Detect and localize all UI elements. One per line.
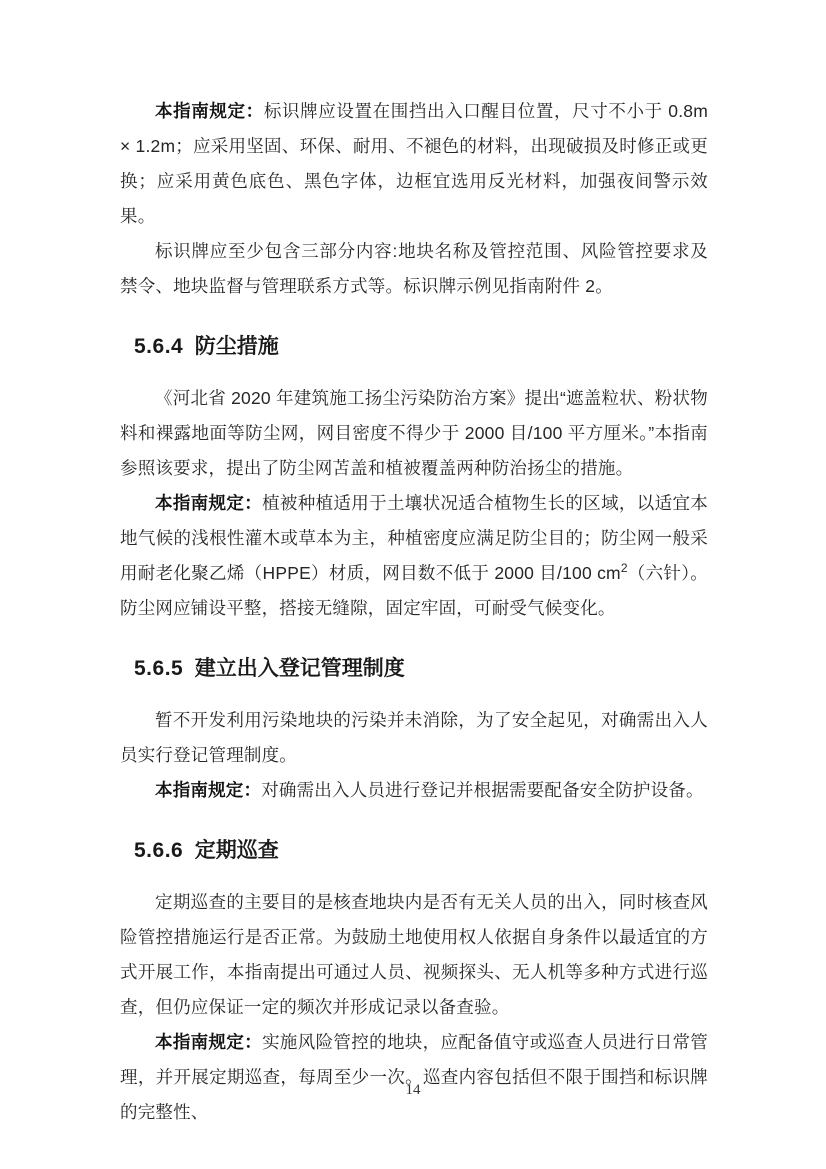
paragraph: 暂不开发利用污染地块的污染并未消除，为了安全起见，对确需出入人员实行登记管理制度…: [120, 703, 708, 773]
bold-run: 本指南规定：: [155, 780, 261, 800]
paragraph: 《河北省 2020 年建筑施工扬尘污染防治方案》提出“遮盖粒状、粉状物料和裸露地…: [120, 381, 708, 486]
section-heading-565: 5.6.5建立出入登记管理制度: [120, 651, 708, 687]
paragraph: 标识牌应至少包含三部分内容:地块名称及管控范围、风险管控要求及禁令、地块监督与管…: [120, 234, 708, 304]
page-number: 14: [0, 1082, 826, 1099]
section-heading-566: 5.6.6定期巡查: [120, 833, 708, 869]
heading-number: 5.6.5: [134, 657, 183, 680]
paragraph: 定期巡查的主要目的是核查地块内是否有无关人员的出入，同时核查风险管控措施运行是否…: [120, 885, 708, 1025]
text-run: 定期巡查的主要目的是核查地块内是否有无关人员的出入，同时核查风险管控措施运行是否…: [120, 892, 708, 1017]
text-run: 对确需出入人员进行登记并根据需要配备安全防护设备。: [261, 780, 704, 800]
bold-run: 本指南规定：: [155, 1032, 262, 1052]
heading-number: 5.6.4: [134, 335, 183, 358]
text-run: 《河北省 2020 年建筑施工扬尘污染防治方案》提出“遮盖粒状、粉状物料和裸露地…: [120, 388, 708, 478]
bold-run: 本指南规定：: [155, 101, 264, 121]
superscript-run: 2: [621, 561, 628, 575]
document-page: 本指南规定：标识牌应设置在围挡出入口醒目位置，尺寸不小于 0.8m × 1.2m…: [0, 0, 826, 1169]
text-run: 标识牌应至少包含三部分内容:地块名称及管控范围、风险管控要求及禁令、地块监督与管…: [120, 241, 708, 296]
paragraph: 本指南规定：对确需出入人员进行登记并根据需要配备安全防护设备。: [120, 773, 708, 808]
heading-title: 防尘措施: [195, 335, 279, 358]
paragraph: 本指南规定：实施风险管控的地块，应配备值守或巡查人员进行日常管理，并开展定期巡查…: [120, 1025, 708, 1130]
paragraph: 本指南规定：标识牌应设置在围挡出入口醒目位置，尺寸不小于 0.8m × 1.2m…: [120, 94, 708, 234]
text-run: 暂不开发利用污染地块的污染并未消除，为了安全起见，对确需出入人员实行登记管理制度…: [120, 710, 708, 765]
bold-run: 本指南规定：: [155, 493, 262, 513]
paragraph: 本指南规定：植被种植适用于土壤状况适合植物生长的区域，以适宜本地气候的浅根性灌木…: [120, 486, 708, 626]
heading-number: 5.6.6: [134, 839, 183, 862]
page-content: 本指南规定：标识牌应设置在围挡出入口醒目位置，尺寸不小于 0.8m × 1.2m…: [120, 94, 708, 1130]
section-heading-564: 5.6.4防尘措施: [120, 329, 708, 365]
heading-title: 建立出入登记管理制度: [195, 657, 405, 680]
heading-title: 定期巡查: [195, 839, 279, 862]
